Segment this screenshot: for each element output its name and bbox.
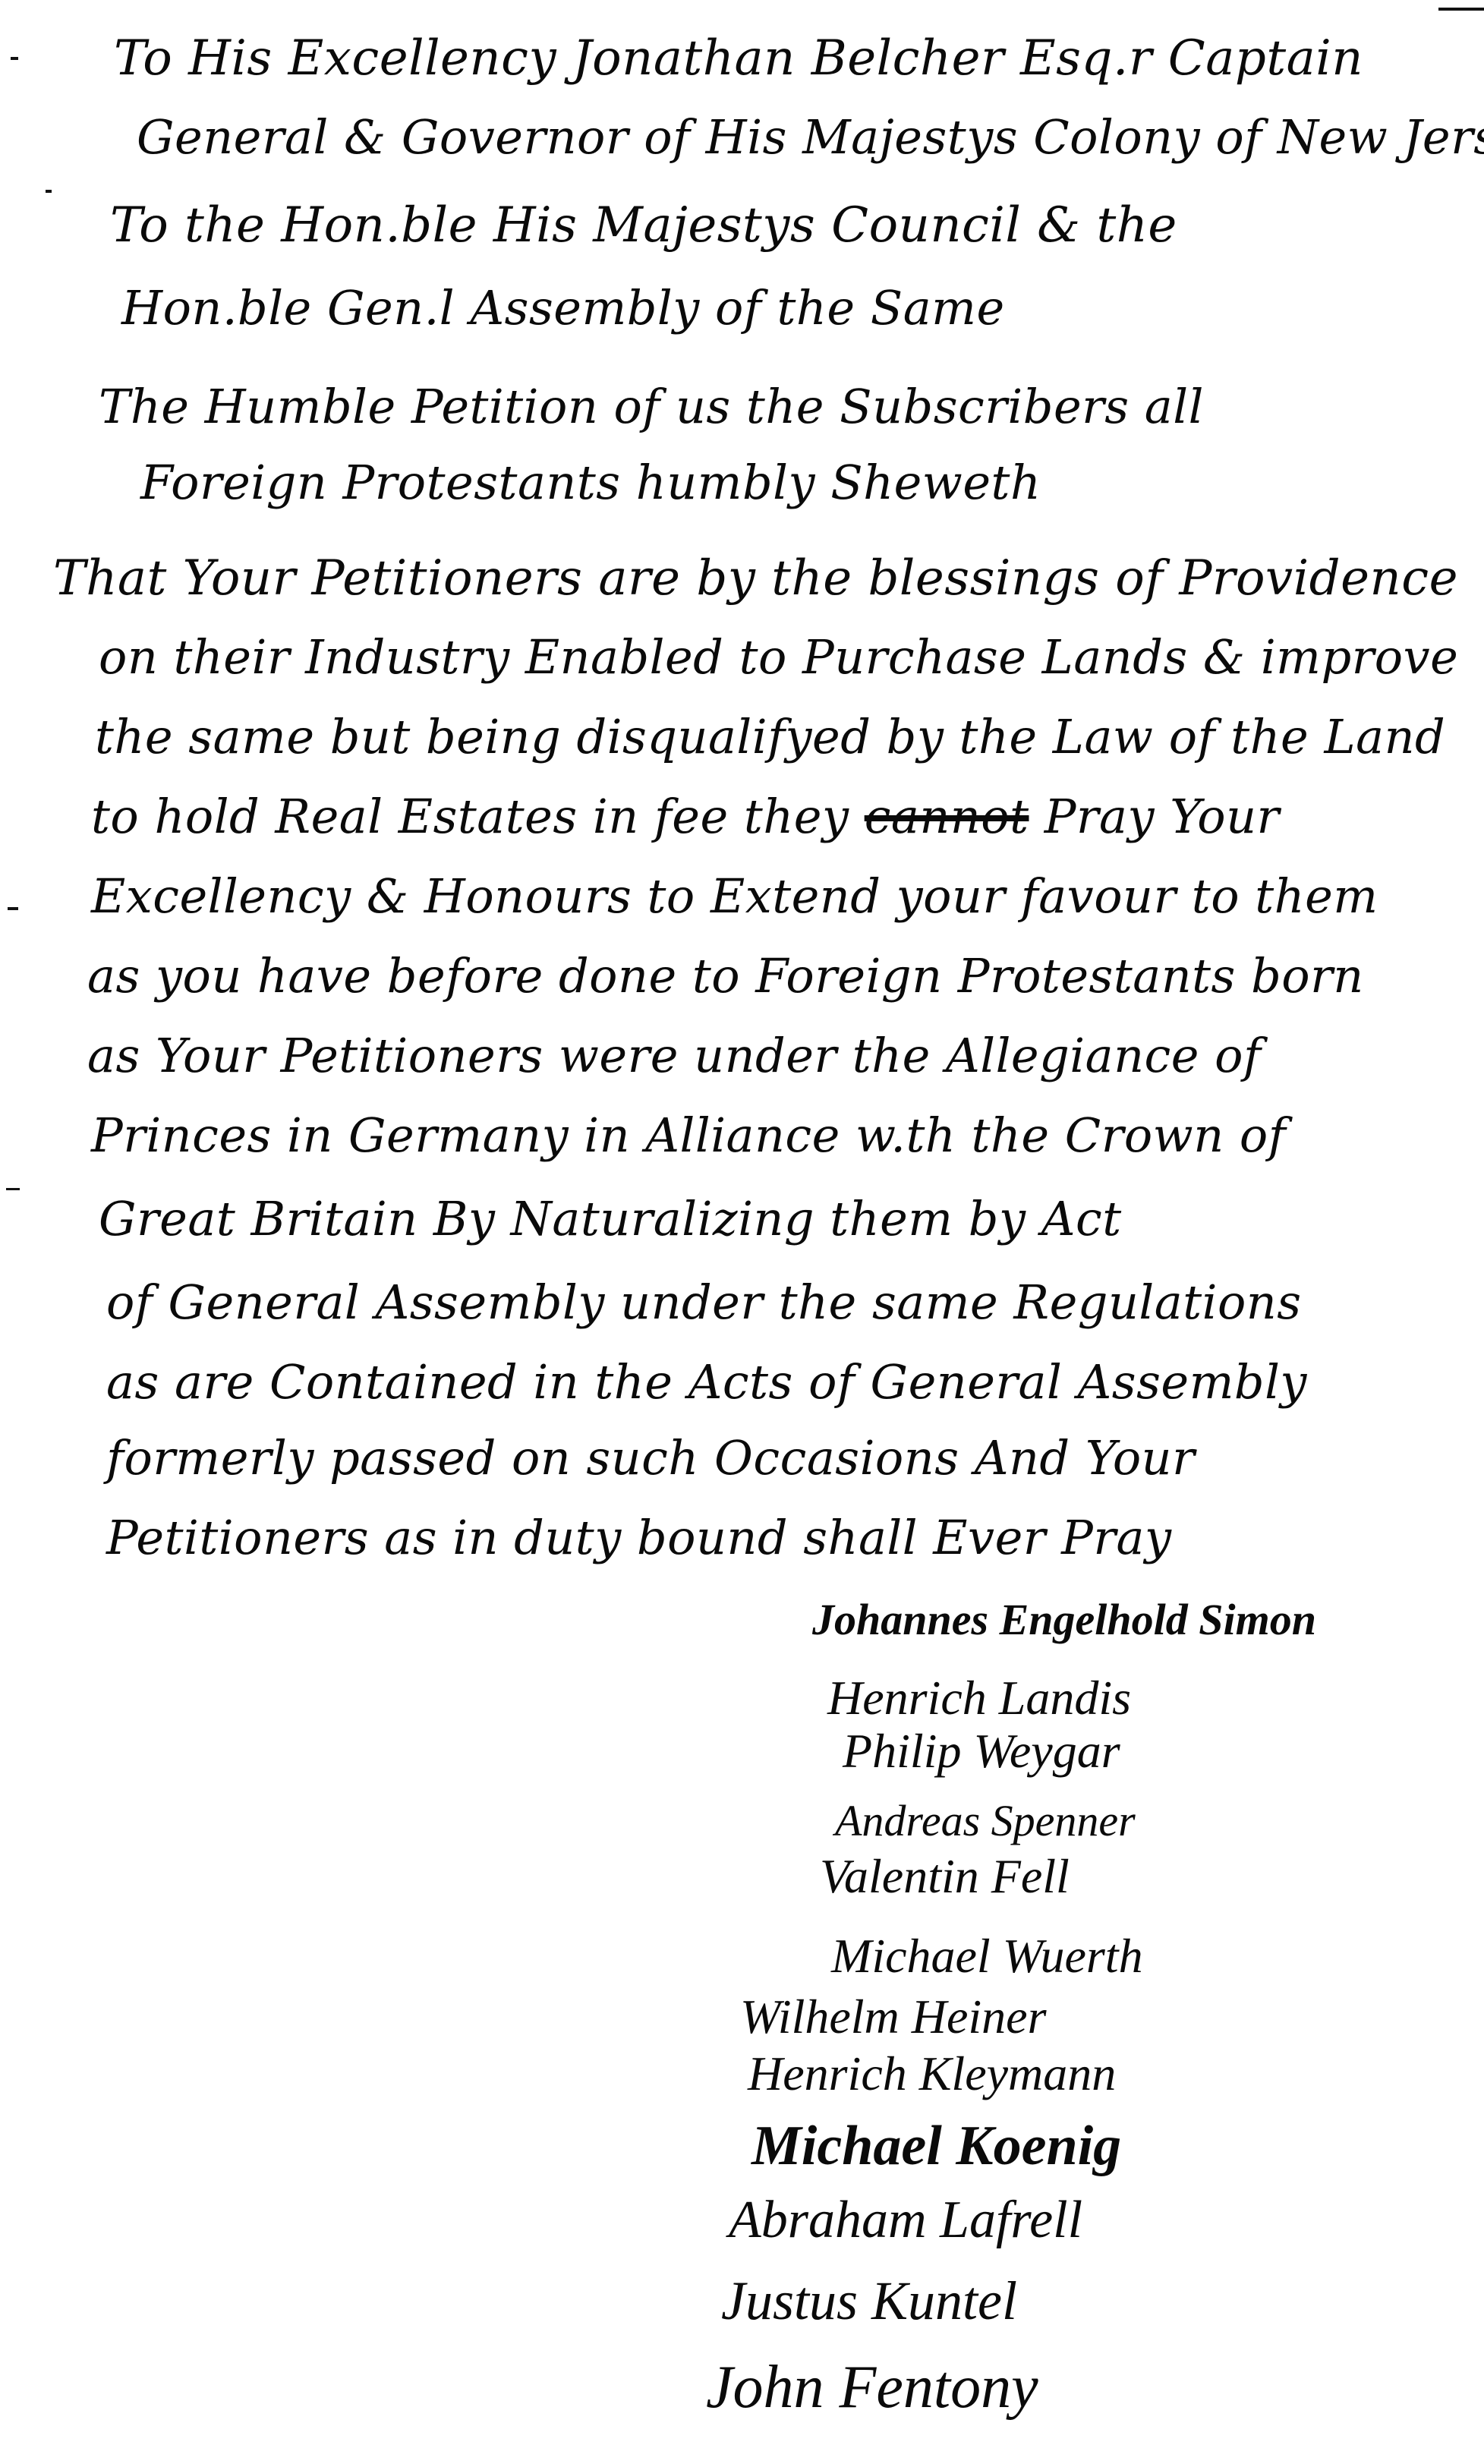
body-line-5: Excellency & Honours to Extend your favo… bbox=[91, 873, 1378, 920]
signature-11: Justus Kuntel bbox=[721, 2273, 1017, 2328]
signature-3: Philip Weygar bbox=[843, 1727, 1120, 1776]
body-line-10: of General Assembly under the same Regul… bbox=[106, 1279, 1302, 1326]
address-line-4: Hon.ble Gen.l Assembly of the Same bbox=[121, 285, 1005, 332]
body-line-8: Princes in Germany in Alliance w.th the … bbox=[91, 1112, 1286, 1159]
body-line-4: to hold Real Estates in fee they cannot … bbox=[91, 793, 1280, 840]
body-line-12: formerly passed on such Occasions And Yo… bbox=[106, 1435, 1195, 1482]
margin-rule-mark bbox=[1438, 8, 1484, 11]
body-line-11: as are Contained in the Acts of General … bbox=[106, 1359, 1307, 1406]
margin-speck bbox=[8, 907, 18, 910]
body-line-4-tail: Pray Your bbox=[1044, 789, 1280, 844]
preamble-line-1: The Humble Petition of us the Subscriber… bbox=[99, 383, 1204, 430]
body-line-2: on their Industry Enabled to Purchase La… bbox=[99, 634, 1458, 681]
signature-12: John Fentony bbox=[706, 2357, 1038, 2418]
body-line-7: as Your Petitioners were under the Alleg… bbox=[87, 1032, 1261, 1079]
struck-word: cannot bbox=[865, 789, 1029, 844]
signature-5: Valentin Fell bbox=[820, 1852, 1070, 1901]
margin-speck bbox=[46, 190, 52, 193]
address-line-1: To His Excellency Jonathan Belcher Esq.r… bbox=[114, 34, 1363, 83]
body-line-9: Great Britain By Naturalizing them by Ac… bbox=[99, 1196, 1122, 1243]
signature-7: Wilhelm Heiner bbox=[740, 1993, 1046, 2041]
signature-2: Henrich Landis bbox=[827, 1674, 1131, 1722]
body-line-4-text: to hold Real Estates in fee they bbox=[91, 789, 849, 844]
document-page: To His Excellency Jonathan Belcher Esq.r… bbox=[0, 0, 1484, 2464]
signature-1: Johannes Engelhold Simon bbox=[812, 1598, 1316, 1642]
margin-speck bbox=[6, 1188, 20, 1190]
body-line-13: Petitioners as in duty bound shall Ever … bbox=[106, 1514, 1171, 1561]
address-line-3: To the Hon.ble His Majestys Council & th… bbox=[110, 201, 1177, 250]
signature-9: Michael Koenig bbox=[751, 2118, 1121, 2174]
address-line-2: General & Governor of His Majestys Colon… bbox=[137, 114, 1484, 161]
body-line-1: That Your Petitioners are by the blessin… bbox=[53, 554, 1458, 603]
body-line-6: as you have before done to Foreign Prote… bbox=[87, 953, 1364, 1000]
signature-8: Henrich Kleymann bbox=[748, 2050, 1116, 2098]
signature-6: Michael Wuerth bbox=[831, 1932, 1143, 1980]
body-line-3: the same but being disqualifyed by the L… bbox=[95, 714, 1445, 761]
preamble-line-2: Foreign Protestants humbly Sheweth bbox=[140, 459, 1041, 506]
signature-10: Abraham Lafrell bbox=[729, 2194, 1082, 2247]
margin-speck bbox=[11, 57, 18, 60]
signature-4: Andreas Spenner bbox=[835, 1799, 1136, 1843]
